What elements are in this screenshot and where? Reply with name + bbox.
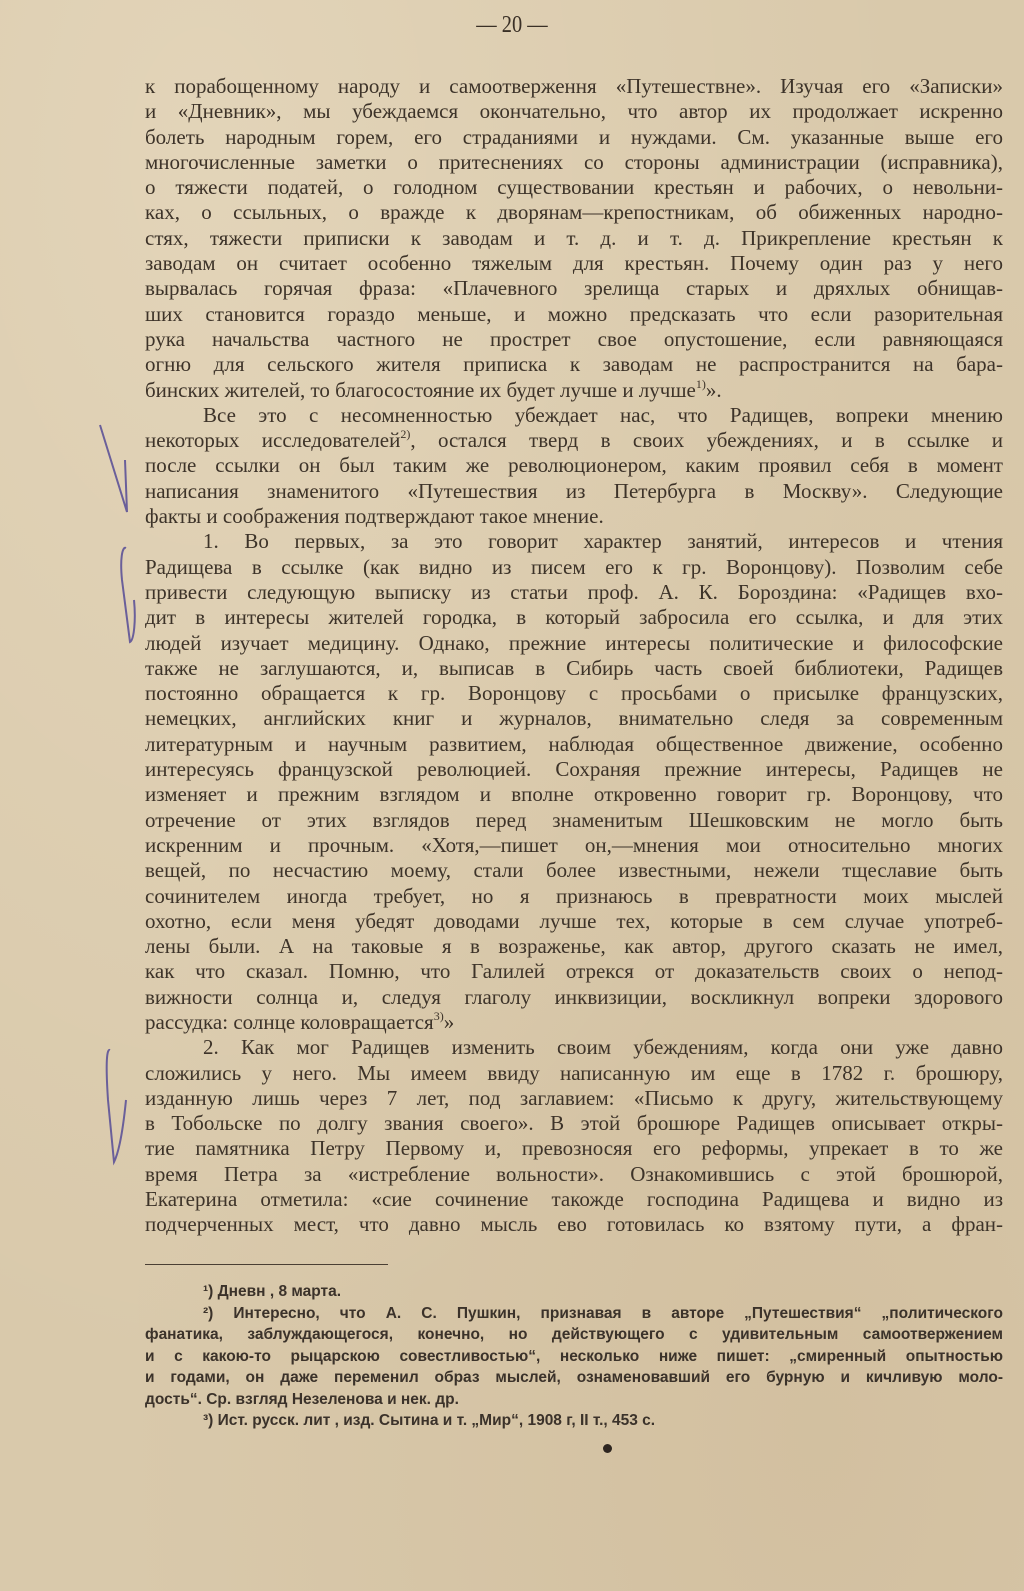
footnotes: ¹) Дневн , 8 марта. ²) Интересно, что А.… (145, 1281, 1003, 1432)
text-line: искренним и прочным. «Хотя,—пишет он,—мн… (145, 833, 1003, 858)
text-line: отречение от этих взглядов перед знамени… (145, 808, 1003, 833)
text-line: Радищева в ссылке (как видно из писем ег… (145, 555, 1003, 580)
text-line: вещей, по несчастию моему, стали более и… (145, 858, 1003, 883)
text-line: также не заглушаются, и, выписав в Сибир… (145, 656, 1003, 681)
pencil-checkmark-icon (100, 1040, 150, 1170)
footnote-2-line: фанатика, заблуждающегося, конечно, но д… (145, 1324, 1003, 1346)
text-line: немецких, английских книг и журналов, вн… (145, 706, 1003, 731)
text-span: » (444, 1010, 455, 1034)
text-line: постоянно обращается к гр. Воронцову с п… (145, 681, 1003, 706)
text-line: факты и соображения подтверждают такое м… (145, 504, 1003, 529)
footnote-1: ¹) Дневн , 8 марта. (145, 1281, 1003, 1303)
text-line: интересуясь французской революцией. Сохр… (145, 757, 1003, 782)
text-line: вырвалась горячая фраза: «Плачевного зре… (145, 276, 1003, 301)
text-line: охотно, если меня убедят доводами лучше … (145, 909, 1003, 934)
text-line: время Петра за «истребление вольности». … (145, 1162, 1003, 1187)
text-line: к порабощенному народу и самоотверження … (145, 74, 1003, 99)
text-line: сложились у него. Мы имеем ввиду написан… (145, 1061, 1003, 1086)
footnote-divider (145, 1264, 388, 1265)
text-line: подчерченных мест, что давно мысль ево г… (145, 1212, 1003, 1237)
pencil-checkmark-icon (95, 420, 145, 520)
text-line: рука начальства частного не прострет сво… (145, 327, 1003, 352)
text-line: изменяет и прежним взглядом и вполне отк… (145, 782, 1003, 807)
text-line: написания знаменитого «Путешествия из Пе… (145, 479, 1003, 504)
text-line: Все это с несомненностью убеждает нас, ч… (145, 403, 1003, 428)
text-line: вижности солнца и, следуя глаголу инквиз… (145, 985, 1003, 1010)
text-line: болеть народным горем, его страданиями и… (145, 125, 1003, 150)
text-line: людей изучает медицину. Однако, прежние … (145, 631, 1003, 656)
body-text: к порабощенному народу и самоотверження … (145, 74, 1003, 1238)
text-line: бинских жителей, то благосостояние их бу… (145, 378, 1003, 403)
text-line: привести следующую выписку из статьи про… (145, 580, 1003, 605)
text-line: как что сказал. Помню, что Галилей отрек… (145, 959, 1003, 984)
text-line: и «Дневник», мы убеждаемся окончательно,… (145, 99, 1003, 124)
text-span: некоторых исследователей (145, 428, 400, 452)
text-line: заводам он считает особенно тяжелым для … (145, 251, 1003, 276)
text-line: Екатерина отметила: «сие сочинение також… (145, 1187, 1003, 1212)
text-line: 1. Во первых, за это говорит характер за… (145, 529, 1003, 554)
text-span: рассудка: солнце коловращается (145, 1010, 434, 1034)
text-line: изданную лишь через 7 лет, под заглавием… (145, 1086, 1003, 1111)
footnote-ref-1[interactable]: 1) (696, 377, 706, 391)
text-line: стях, тяжести приписки к заводам и т. д.… (145, 226, 1003, 251)
text-line: 2. Как мог Радищев изменить своим убежде… (145, 1035, 1003, 1060)
text-line: многочисленные заметки о притеснениях со… (145, 150, 1003, 175)
text-span: бинских жителей, то благосостояние их бу… (145, 378, 696, 402)
text-span: , остался тверд в своих убеждениях, и в … (410, 428, 1003, 452)
text-line: о тяжести податей, о голодном существова… (145, 175, 1003, 200)
text-line: некоторых исследователей2), остался твер… (145, 428, 1003, 453)
text-line: сочинителем иногда требует, но я признаю… (145, 884, 1003, 909)
text-line: ках, о ссыльных, о вражде к дворянам—кре… (145, 200, 1003, 225)
page-number: — 20 — (77, 12, 947, 39)
text-line: в Тобольске по долгу звания своего». В э… (145, 1111, 1003, 1136)
text-line: после ссылки он был таким же революционе… (145, 453, 1003, 478)
text-line: тие памятника Петру Первому и, превознос… (145, 1136, 1003, 1161)
footnote-ref-3[interactable]: 3) (434, 1009, 444, 1023)
footnote-2-line: и с какою-то рыцарскою совестливостью“, … (145, 1346, 1003, 1368)
text-line: огню для сельского жителя приписка к зав… (145, 352, 1003, 377)
pencil-checkmark-icon (108, 540, 158, 650)
footnote-3: ³) Ист. русск. лит , изд. Сытина и т. „М… (145, 1410, 1003, 1432)
footnote-2-line: ²) Интересно, что А. С. Пушкин, признава… (145, 1303, 1003, 1325)
footnote-ref-2[interactable]: 2) (400, 427, 410, 441)
text-line: лены были. А на таковые я в возраженье, … (145, 934, 1003, 959)
text-line: литературным и научным развитием, наблюд… (145, 732, 1003, 757)
text-line: рассудка: солнце коловращается3)» (145, 1010, 1003, 1035)
text-line: дит в интересы жителей городка, в которы… (145, 605, 1003, 630)
text-line: ших становится гораздо меньше, и можно п… (145, 302, 1003, 327)
footnote-2-line: и годами, он даже переменил образ мыслей… (145, 1367, 1003, 1389)
ink-dot (603, 1444, 612, 1453)
text-span: ». (706, 378, 722, 402)
footnote-2-line: дость“. Ср. взгляд Незеленова и нек. др. (145, 1389, 1003, 1411)
